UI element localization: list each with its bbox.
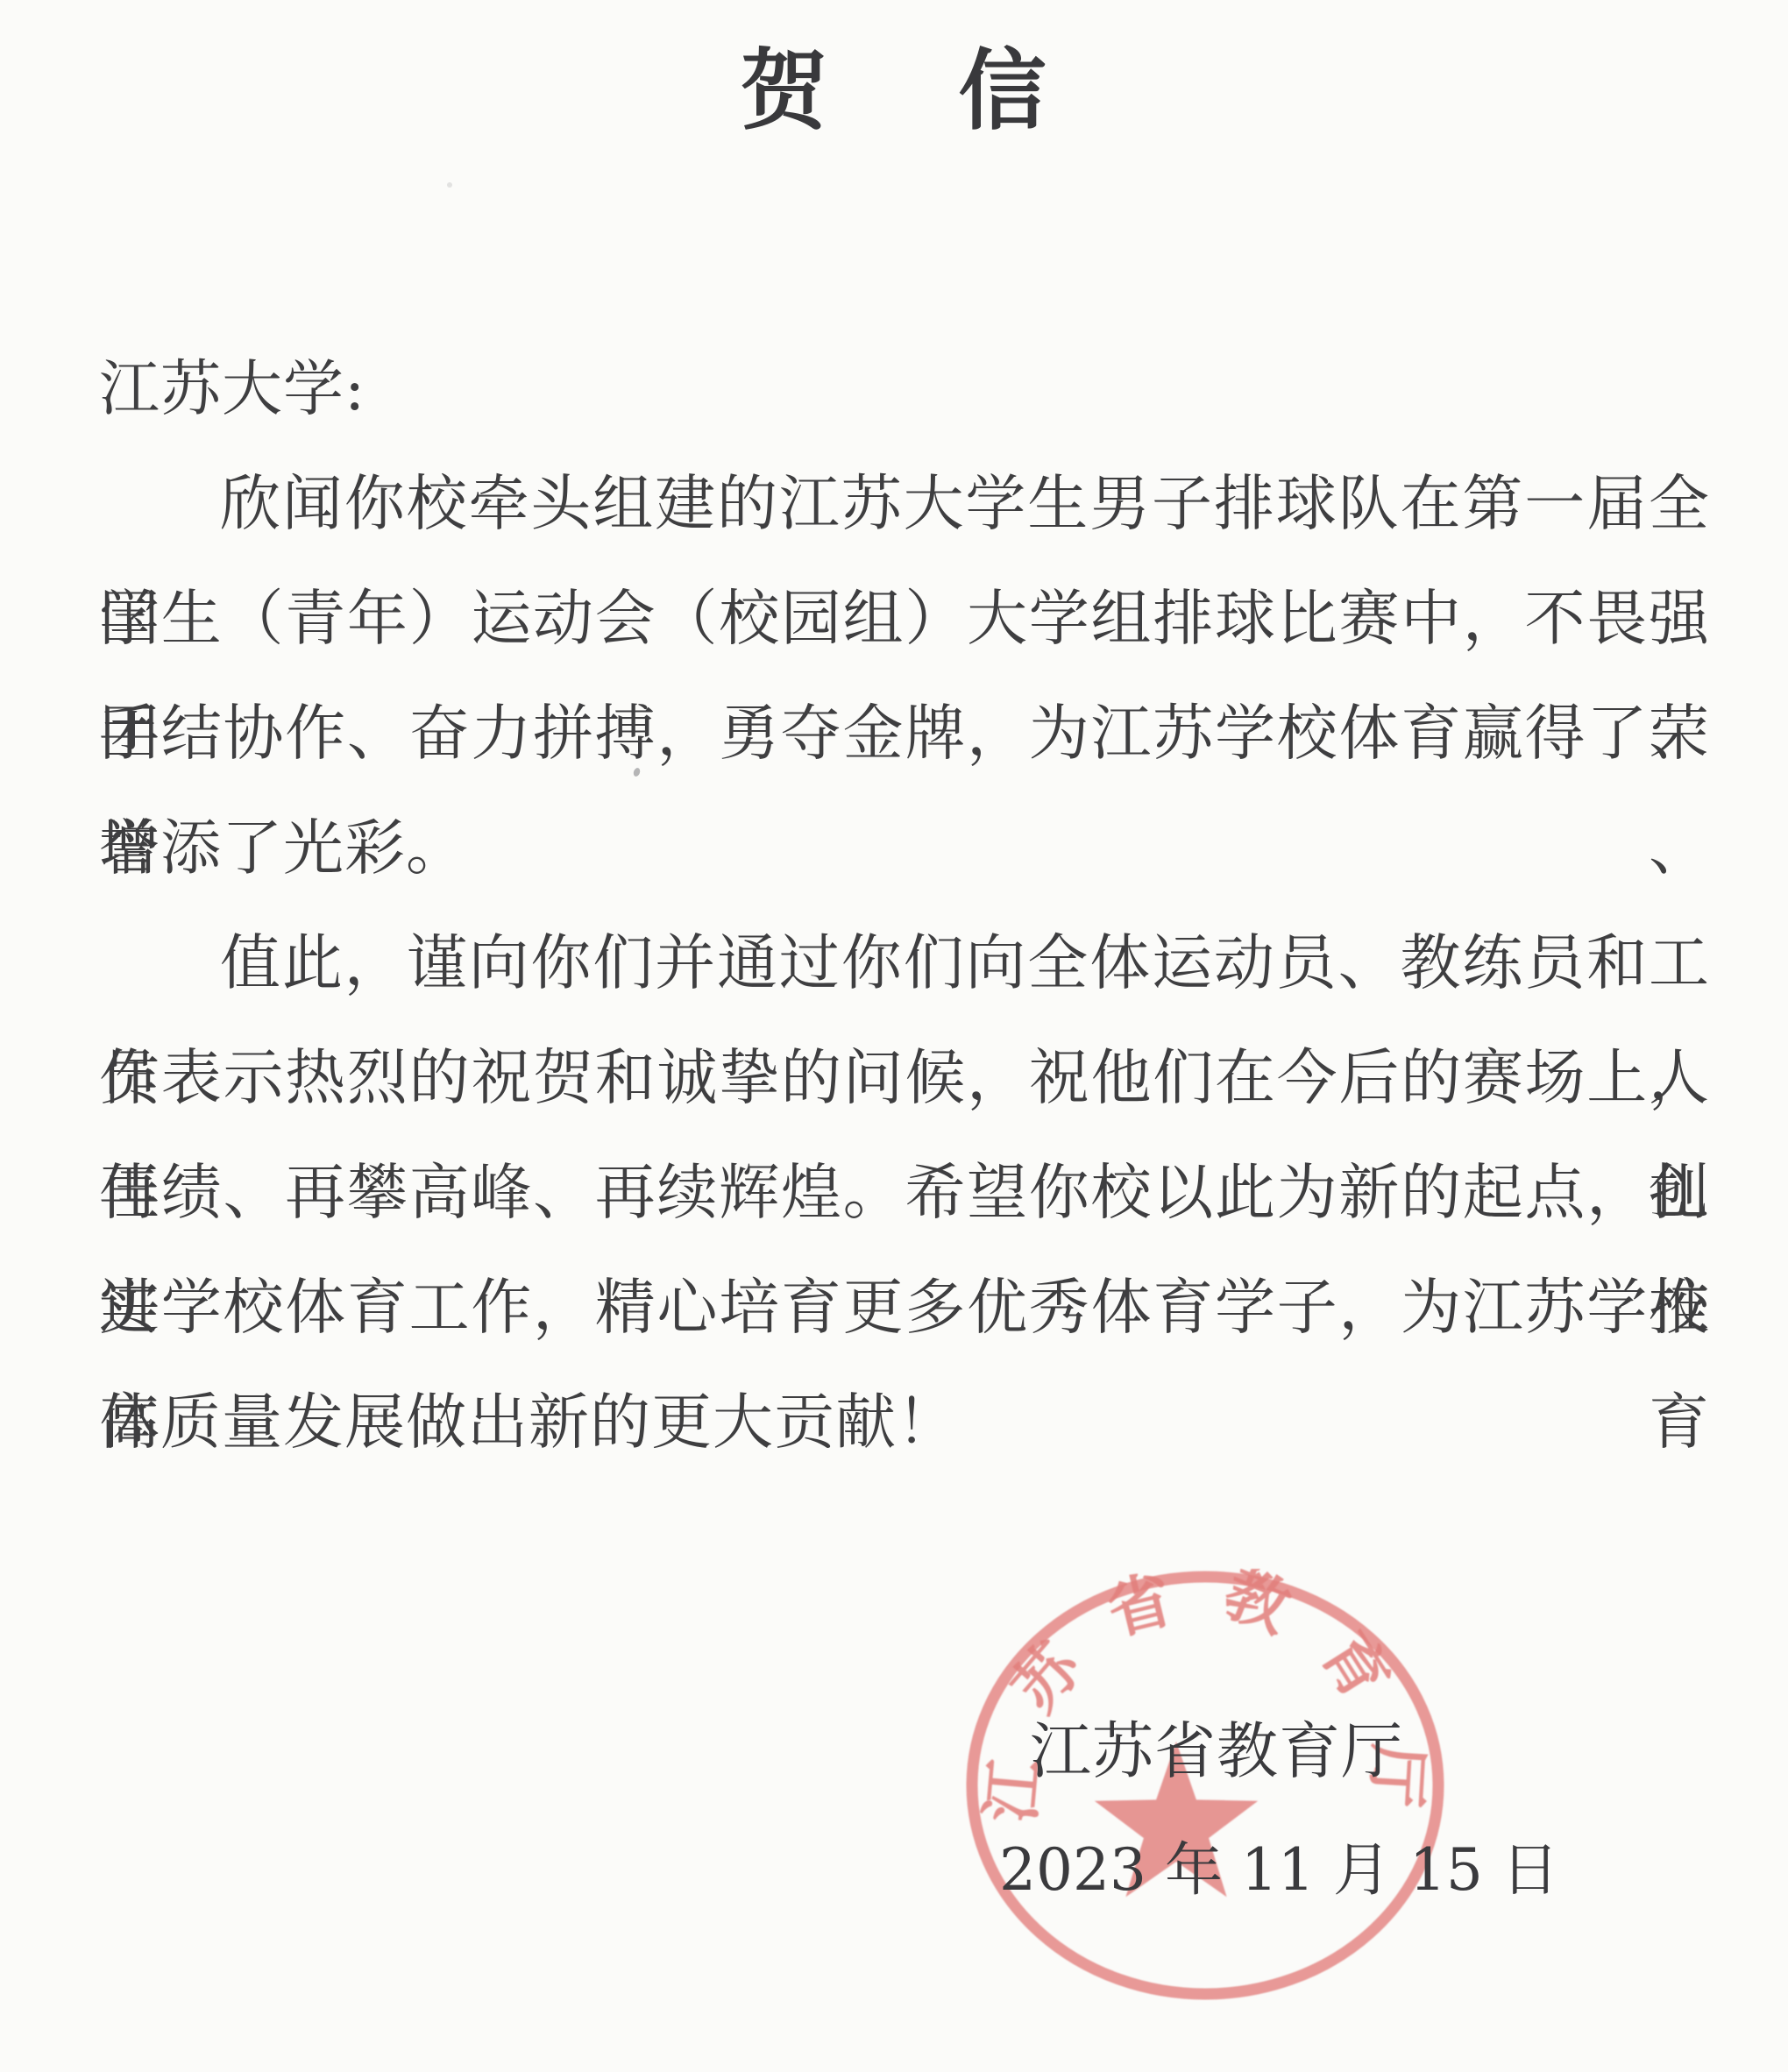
- salutation: 江苏大学:: [99, 332, 1710, 447]
- body-line-8: 进学校体育工作，精心培育更多优秀体育学子，为江苏学校体育: [99, 1251, 1710, 1366]
- body-line-1: 欣闻你校牵头组建的江苏大学生男子排球队在第一届全国: [99, 447, 1710, 562]
- body-line-6: 员表示热烈的祝贺和诚挚的问候，祝他们在今后的赛场上，再创: [99, 1021, 1710, 1136]
- letter-body: 江苏大学: 欣闻你校牵头组建的江苏大学生男子排球队在第一届全国 学生（青年）运动…: [99, 332, 1710, 1480]
- signature-date: 2023 年 11 月 15 日: [999, 1835, 1559, 1905]
- body-line-3: 团结协作、奋力拼搏，勇夺金牌，为江苏学校体育赢得了荣誉、: [99, 677, 1710, 791]
- body-line-2: 学生（青年）运动会（校园组）大学组排球比赛中，不畏强手、: [99, 562, 1710, 677]
- body-line-5: 值此，谨向你们并通过你们向全体运动员、教练员和工作人: [99, 906, 1710, 1021]
- body-line-7: 佳绩、再攀高峰、再续辉煌。希望你校以此为新的起点，扎实推: [99, 1136, 1710, 1251]
- letter-title: 贺 信: [0, 32, 1788, 150]
- congratulatory-letter-page: 贺 信 江苏大学: 欣闻你校牵头组建的江苏大学生男子排球队在第一届全国 学生（青…: [0, 0, 1788, 2072]
- signature-organization: 江苏省教育厅: [1030, 1716, 1403, 1786]
- scan-speck-faint: [447, 182, 452, 188]
